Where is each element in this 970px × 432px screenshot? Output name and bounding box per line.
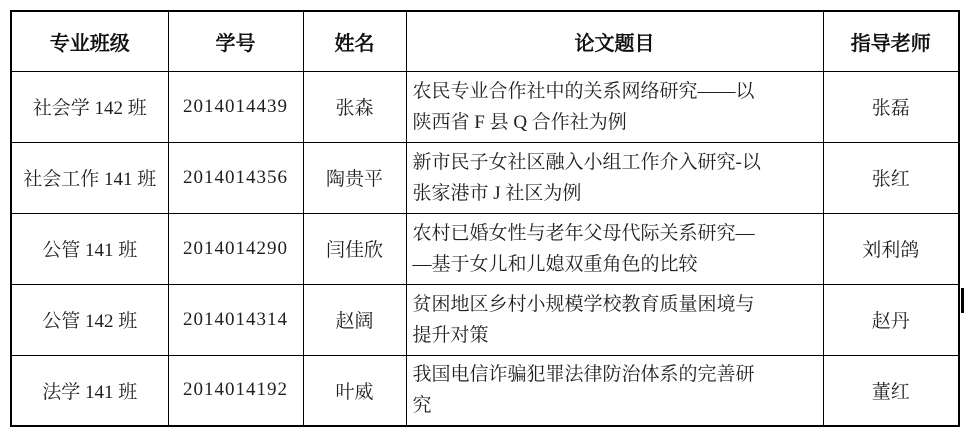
thesis-title-line: 陕西省 F 县 Q 合作社为例 [413, 107, 819, 138]
thesis-title-line: 农民专业合作社中的关系网络研究——以 [413, 76, 819, 107]
header-cell-advisor: 指导老师 [823, 11, 959, 71]
cell-name[interactable]: 闫佳欣 [303, 213, 406, 284]
table-row: 公管 142 班 2014014314 赵阔 贫困地区乡村小规模学校教育质量困境… [11, 284, 959, 355]
table-row: 社会工作 141 班 2014014356 陶贵平 新市民子女社区融入小组工作介… [11, 142, 959, 213]
document-page: 专业班级 学号 姓名 论文题目 指导老师 社会学 142 班 201401443… [0, 0, 970, 432]
cell-thesis-title[interactable]: 农民专业合作社中的关系网络研究——以 陕西省 F 县 Q 合作社为例 [406, 71, 823, 142]
cell-advisor[interactable]: 董红 [823, 355, 959, 426]
header-cell-class: 专业班级 [11, 11, 168, 71]
header-cell-name: 姓名 [303, 11, 406, 71]
cell-class-name[interactable]: 社会工作 141 班 [11, 142, 168, 213]
header-cell-student-id: 学号 [168, 11, 303, 71]
text-cursor-caret [961, 288, 964, 313]
cell-student-id[interactable]: 2014014439 [168, 71, 303, 142]
header-cell-thesis-title: 论文题目 [406, 11, 823, 71]
cell-class-name[interactable]: 社会学 142 班 [11, 71, 168, 142]
cell-advisor[interactable]: 赵丹 [823, 284, 959, 355]
cell-thesis-title[interactable]: 新市民子女社区融入小组工作介入研究-以 张家港市 J 社区为例 [406, 142, 823, 213]
cell-thesis-title[interactable]: 贫困地区乡村小规模学校教育质量困境与 提升对策 [406, 284, 823, 355]
cell-thesis-title[interactable]: 农村已婚女性与老年父母代际关系研究— —基于女儿和儿媳双重角色的比较 [406, 213, 823, 284]
cell-name[interactable]: 陶贵平 [303, 142, 406, 213]
table-row: 法学 141 班 2014014192 叶威 我国电信诈骗犯罪法律防治体系的完善… [11, 355, 959, 426]
thesis-title-line: 我国电信诈骗犯罪法律防治体系的完善研 [413, 359, 819, 390]
thesis-title-line: —基于女儿和儿媳双重角色的比较 [413, 249, 819, 280]
cell-name[interactable]: 赵阔 [303, 284, 406, 355]
thesis-title-line: 农村已婚女性与老年父母代际关系研究— [413, 218, 819, 249]
table-row: 公管 141 班 2014014290 闫佳欣 农村已婚女性与老年父母代际关系研… [11, 213, 959, 284]
cell-class-name[interactable]: 公管 141 班 [11, 213, 168, 284]
cell-class-name[interactable]: 公管 142 班 [11, 284, 168, 355]
cell-advisor[interactable]: 张磊 [823, 71, 959, 142]
cell-student-id[interactable]: 2014014192 [168, 355, 303, 426]
cell-name[interactable]: 张森 [303, 71, 406, 142]
table-row: 社会学 142 班 2014014439 张森 农民专业合作社中的关系网络研究—… [11, 71, 959, 142]
cell-student-id[interactable]: 2014014356 [168, 142, 303, 213]
thesis-title-line: 究 [413, 390, 819, 421]
thesis-title-line: 贫困地区乡村小规模学校教育质量困境与 [413, 289, 819, 320]
cell-class-name[interactable]: 法学 141 班 [11, 355, 168, 426]
cell-advisor[interactable]: 刘利鸽 [823, 213, 959, 284]
cell-advisor[interactable]: 张红 [823, 142, 959, 213]
thesis-title-line: 提升对策 [413, 320, 819, 351]
cell-student-id[interactable]: 2014014290 [168, 213, 303, 284]
thesis-title-line: 新市民子女社区融入小组工作介入研究-以 [413, 147, 819, 178]
cell-student-id[interactable]: 2014014314 [168, 284, 303, 355]
thesis-title-line: 张家港市 J 社区为例 [413, 178, 819, 209]
thesis-assignment-table: 专业班级 学号 姓名 论文题目 指导老师 社会学 142 班 201401443… [10, 10, 960, 427]
cell-thesis-title[interactable]: 我国电信诈骗犯罪法律防治体系的完善研 究 [406, 355, 823, 426]
cell-name[interactable]: 叶威 [303, 355, 406, 426]
table-header-row: 专业班级 学号 姓名 论文题目 指导老师 [11, 11, 959, 71]
